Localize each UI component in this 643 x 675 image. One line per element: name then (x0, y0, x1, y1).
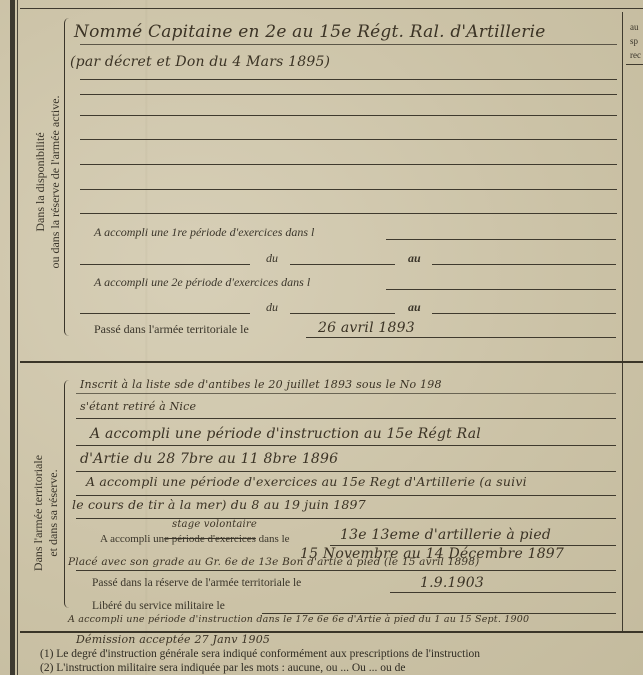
period1-au-label: au (408, 251, 421, 266)
period2-au-label: au (408, 300, 421, 315)
footnote-2: (2) L'instruction militaire sera indiqué… (40, 662, 406, 674)
struck-text: e période d'exercices (164, 533, 256, 545)
footnote-1: (1) Le degré d'instruction générale sera… (40, 648, 480, 660)
ruled-line (80, 115, 617, 116)
margin-text: sp (630, 36, 638, 46)
period1-field-line (386, 239, 616, 240)
ruled-line (76, 570, 616, 571)
section-divider (20, 361, 643, 363)
section-brace (64, 380, 69, 608)
ruled-line (80, 139, 617, 140)
instruction-note: A accompli une période d'instruction dan… (68, 614, 529, 625)
right-column-rule (622, 12, 623, 632)
ruled-line (390, 592, 616, 593)
margin-text: rec (630, 50, 641, 60)
ruled-line (76, 393, 616, 394)
accompli-dans: dans le (259, 533, 290, 545)
handwritten-entry: le cours de tir à la mer) du 8 au 19 jui… (72, 497, 366, 512)
territorial-date: 26 avril 1893 (318, 320, 415, 336)
ruled-line (80, 189, 617, 190)
period2-field-line (80, 313, 250, 314)
section-brace (64, 18, 69, 336)
ruled-line (76, 445, 616, 446)
libere-label: Libéré du service militaire le (92, 600, 225, 612)
accompli-unit: 13e 13eme d'artillerie à pied (340, 527, 551, 543)
ruled-line (80, 213, 617, 214)
ruled-line (76, 418, 616, 419)
margin-text: au (630, 22, 639, 32)
handwritten-entry: A accompli une période d'exercices au 15… (86, 474, 527, 489)
reserve-date: 1.9.1903 (420, 575, 484, 591)
resignation-annotation: Démission acceptée 27 Janv 1905 (76, 633, 270, 646)
handwritten-entry: Inscrit à la liste sde d'antibes le 20 j… (80, 378, 442, 391)
territorial-field-line (306, 337, 616, 338)
handwritten-rank-entry: Nommé Capitaine en 2e au 15e Régt. Ral. … (74, 22, 546, 42)
handwritten-entry: d'Artie du 28 7bre au 11 8bre 1896 (80, 451, 338, 467)
ruled-line (76, 471, 616, 472)
ruled-line (80, 164, 617, 165)
ruled-line (80, 44, 617, 45)
period1-label: A accompli une 1re période d'exercices d… (94, 225, 314, 240)
frame-border (10, 0, 15, 675)
period1-du-field (290, 264, 395, 265)
handwritten-entry: s'étant retiré à Nice (80, 400, 196, 413)
period2-label: A accompli une 2e période d'exercices da… (94, 275, 310, 290)
section-label-line: Dans l'armée territoriale (31, 428, 46, 598)
accompli-label: A accompli une période d'exercices dans … (100, 533, 290, 545)
top-rule (20, 8, 643, 9)
accompli-prefix: A accompli un (100, 533, 164, 545)
section-label-line: ou dans la réserve de l'armée active. (48, 87, 63, 277)
inserted-correction: stage volontaire (172, 519, 257, 530)
section-label-line: Dans la disponibilité (33, 87, 48, 277)
handwritten-decree-entry: (par décret et Don du 4 Mars 1895) (70, 54, 330, 70)
margin-rule (626, 64, 643, 65)
ruled-line (80, 94, 617, 95)
placement-dates: 15 Novembre au 14 Décembre 1897 (300, 546, 564, 562)
territorial-label: Passé dans l'armée territoriale le (94, 322, 249, 337)
frame-border-inner (17, 0, 18, 675)
ruled-line (76, 518, 616, 519)
period2-du-field (290, 313, 395, 314)
handwritten-entry: A accompli une période d'instruction au … (90, 426, 481, 442)
section-label-line: et dans sa réserve. (46, 428, 61, 598)
ruled-line (80, 79, 617, 80)
section-label-territorial: Dans l'armée territoriale et dans sa rés… (31, 428, 67, 598)
period1-du-label: du (266, 251, 278, 266)
period1-au-field (432, 264, 616, 265)
ruled-line (76, 495, 616, 496)
period2-au-field (432, 313, 616, 314)
period2-du-label: du (266, 300, 278, 315)
period2-field-line (386, 289, 616, 290)
period1-field-line (80, 264, 250, 265)
reserve-label: Passé dans la réserve de l'armée territo… (92, 577, 301, 589)
record-page: au sp rec Dans la disponibilité ou dans … (0, 0, 643, 675)
